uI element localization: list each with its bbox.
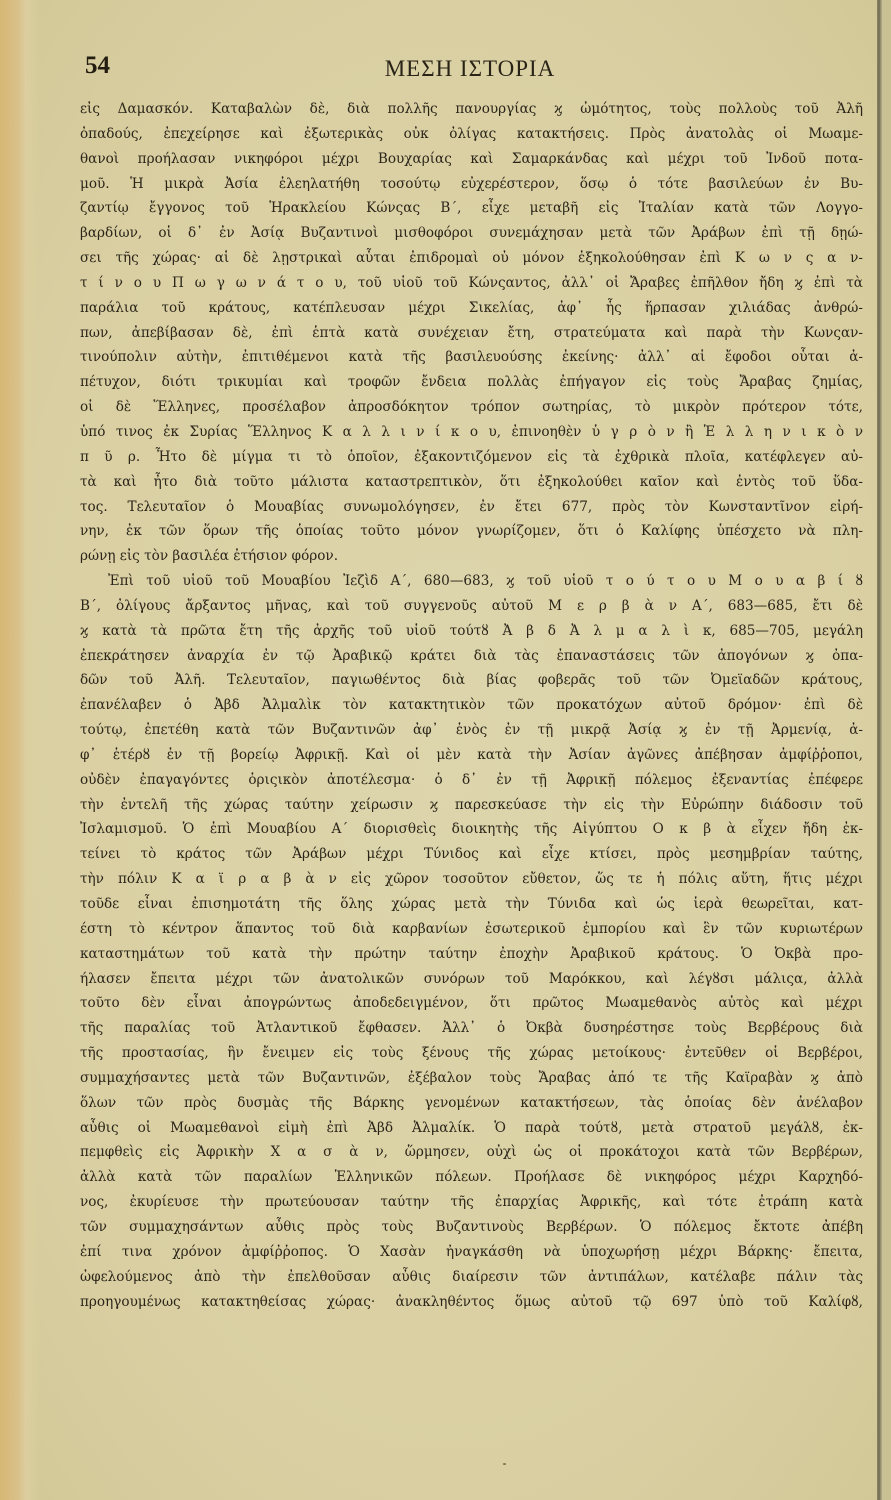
body-text: εἰς Δαμασκόν. Καταβαλὼν δὲ, διὰ πολλῆς π…: [80, 97, 863, 1314]
text-line: συμμαχήσαντες μετὰ τῶν Βυζαντινῶν, ἐξέβα…: [80, 1066, 863, 1091]
text-line: ϗ κατὰ τὰ πρῶτα ἔτη τῆς ἀρχῆς τοῦ υἱοῦ τ…: [80, 619, 863, 644]
text-line: ὀπαδούς, ἐπεχείρησε καὶ ἐξωτερικὰς οὐκ ὀ…: [80, 122, 863, 147]
text-line: σει τῆς χώρας· αἱ δὲ λῃστρικαὶ αὗται ἐπι…: [80, 246, 863, 271]
text-line: αὖθις οἱ Μωαμεθανοὶ εἰμὴ ἐπὶ Ἀβδ Ἀλμαλίκ…: [80, 1116, 863, 1141]
text-line: ἀλλὰ κατὰ τῶν παραλίων Ἑλληνικῶν πόλεων.…: [80, 1165, 863, 1190]
text-line: εἰς Δαμασκόν. Καταβαλὼν δὲ, διὰ πολλῆς π…: [80, 97, 863, 122]
text-line: ὅλων τῶν πρὸς δυσμὰς τῆς Βάρκης γενομένω…: [80, 1091, 863, 1116]
text-line: τος. Τελευταῖον ὁ Μουαβίας συνωμολόγησεν…: [80, 495, 863, 520]
paragraph-start-line: Ἐπὶ τοῦ υἱοῦ τοῦ Μουαβίου Ἰεζὶδ Α΄, 680—…: [80, 569, 863, 594]
text-line: νος, ἐκυρίευσε τὴν πρωτεύουσαν ταύτην τῆ…: [80, 1190, 863, 1215]
text-line: τοῦδε εἶναι ἐπισημοτάτη τῆς ὅλης χώρας μ…: [80, 892, 863, 917]
text-line: μοῦ. Ἡ μικρὰ Ἀσία ἐλεηλατήθη τοσούτῳ εὐχ…: [80, 172, 863, 197]
paragraph-end-line: ρώνῃ εἰς τὸν βασιλέα ἐτήσιον φόρον.: [80, 544, 863, 569]
text-line: δῶν τοῦ Ἀλῆ. Τελευταῖον, παγιωθέντος διὰ…: [80, 668, 863, 693]
text-line: Ἰσλαμισμοῦ. Ὁ ἐπὶ Μουαβίου Α΄ διορισθεὶς…: [80, 817, 863, 842]
text-line: ὑπό τινος ἐκ Συρίας Ἕλληνος Κ α λ λ ι ν …: [80, 420, 863, 445]
text-line: θανοὶ προήλασαν νικηφόροι μέχρι Βουχαρία…: [80, 147, 863, 172]
text-line: τῆς προστασίας, ἣν ἔνειμεν εἰς τοὺς ξένο…: [80, 1041, 863, 1066]
text-line: καταστημάτων τοῦ κατὰ τὴν πρώτην ταύτην …: [80, 942, 863, 967]
paper-speck: [503, 1463, 506, 1465]
text-line: τὴν πόλιν Κ α ϊ ρ α β ὰ ν εἰς χῶρον τοσο…: [80, 867, 863, 892]
text-line: πέτυχον, διότι τρικυμίαι καὶ τροφῶν ἔνδε…: [80, 370, 863, 395]
text-line: παράλια τοῦ κράτους, κατέπλευσαν μέχρι Σ…: [80, 296, 863, 321]
running-title: ΜΕΣΗ ΙΣΤΟΡΙΑ: [80, 56, 860, 82]
text-line: Β΄, ὀλίγους ἄρξαντος μῆνας, καὶ τοῦ συγγ…: [80, 594, 863, 619]
text-line: ζαντίῳ ἔγγονος τοῦ Ἡρακλείου Κώνςας Β΄, …: [80, 196, 863, 221]
text-line: έστη τὸ κέντρον ἅπαντος τοῦ διὰ καρβανίω…: [80, 917, 863, 942]
text-line: ἐπεκράτησεν ἀναρχία ἐν τῷ Ἀραβικῷ κράτει…: [80, 644, 863, 669]
text-line: τῆς παραλίας τοῦ Ἀτλαντικοῦ ἔφθασεν. Ἀλλ…: [80, 1016, 863, 1041]
text-line: οἱ δὲ Ἕλληνες, προσέλαβον ἀπροσδόκητον τ…: [80, 395, 863, 420]
next-page-edge: [882, 0, 891, 1500]
text-line: νην, ἐκ τῶν ὅρων τῆς ὁποίας τοῦτο μόνον …: [80, 519, 863, 544]
text-line: τ ί ν ο υ Π ω γ ω ν ά τ ο υ, τοῦ υἱοῦ το…: [80, 271, 863, 296]
text-line: ήλασεν ἔπειτα μέχρι τῶν ἀνατολικῶν συνόρ…: [80, 967, 863, 992]
text-line: τοῦτο δὲν εἶναι ἀπογρώντως ἀποδεδειγμένο…: [80, 991, 863, 1016]
text-line: οὐδὲν ἐπαγαγόντες ὁριςικὸν ἀποτέλεσμα· ὁ…: [80, 768, 863, 793]
text-line: πων, ἀπεβίβασαν δὲ, ἐπὶ ἑπτὰ κατὰ συνέχε…: [80, 321, 863, 346]
text-line: π ῦ ρ. Ἦτο δὲ μίγμα τι τὸ ὁποῖον, ἐξακον…: [80, 445, 863, 470]
text-line: τινούπολιν αὐτὴν, ἐπιτιθέμενοι κατὰ τῆς …: [80, 345, 863, 370]
text-line: προηγουμένως κατακτηθείσας χώρας· ἀνακλη…: [80, 1290, 863, 1315]
page-header: 54 ΜΕΣΗ ΙΣΤΟΡΙΑ: [80, 52, 860, 92]
text-line: ὠφελούμενος ἀπὸ τὴν ἐπελθοῦσαν αὖθις δια…: [80, 1265, 863, 1290]
text-line: τὴν ἐντελῆ τῆς χώρας ταύτην χείρωσιν ϗ π…: [80, 793, 863, 818]
text-line: τείνει τὸ κράτος τῶν Ἀράβων μέχρι Τύνιδο…: [80, 842, 863, 867]
text-line: τούτῳ, ἐπετέθη κατὰ τῶν Βυζαντινῶν ἀφ᾽ ἑ…: [80, 718, 863, 743]
text-line: πεμφθεὶς εἰς Ἀφρικὴν Χ α σ ὰ ν, ὥρμησεν,…: [80, 1140, 863, 1165]
text-line: ἐπανέλαβεν ὁ Ἀβδ Ἀλμαλὶκ τὸν κατακτητικὸ…: [80, 693, 863, 718]
text-line: φ᾽ ἑτέρȣ ἐν τῇ βορείῳ Ἀφρικῇ. Καὶ οἱ μὲν…: [80, 743, 863, 768]
text-line: ἐπί τινα χρόνον ἀμφίῤῥοπος. Ὁ Χασὰν ἠναγ…: [80, 1240, 863, 1265]
scanned-book-page: 54 ΜΕΣΗ ΙΣΤΟΡΙΑ εἰς Δαμασκόν. Καταβαλὼν …: [0, 0, 891, 1500]
text-line: τὰ καὶ ἦτο διὰ τοῦτο μάλιστα καταστρεπτι…: [80, 470, 863, 495]
text-line: τῶν συμμαχησάντων αὖθις πρὸς τοὺς Βυζαντ…: [80, 1215, 863, 1240]
text-line: βαρδίων, οἱ δ᾽ ἐν Ἀσίᾳ Βυζαντινοὶ μισθοφ…: [80, 221, 863, 246]
